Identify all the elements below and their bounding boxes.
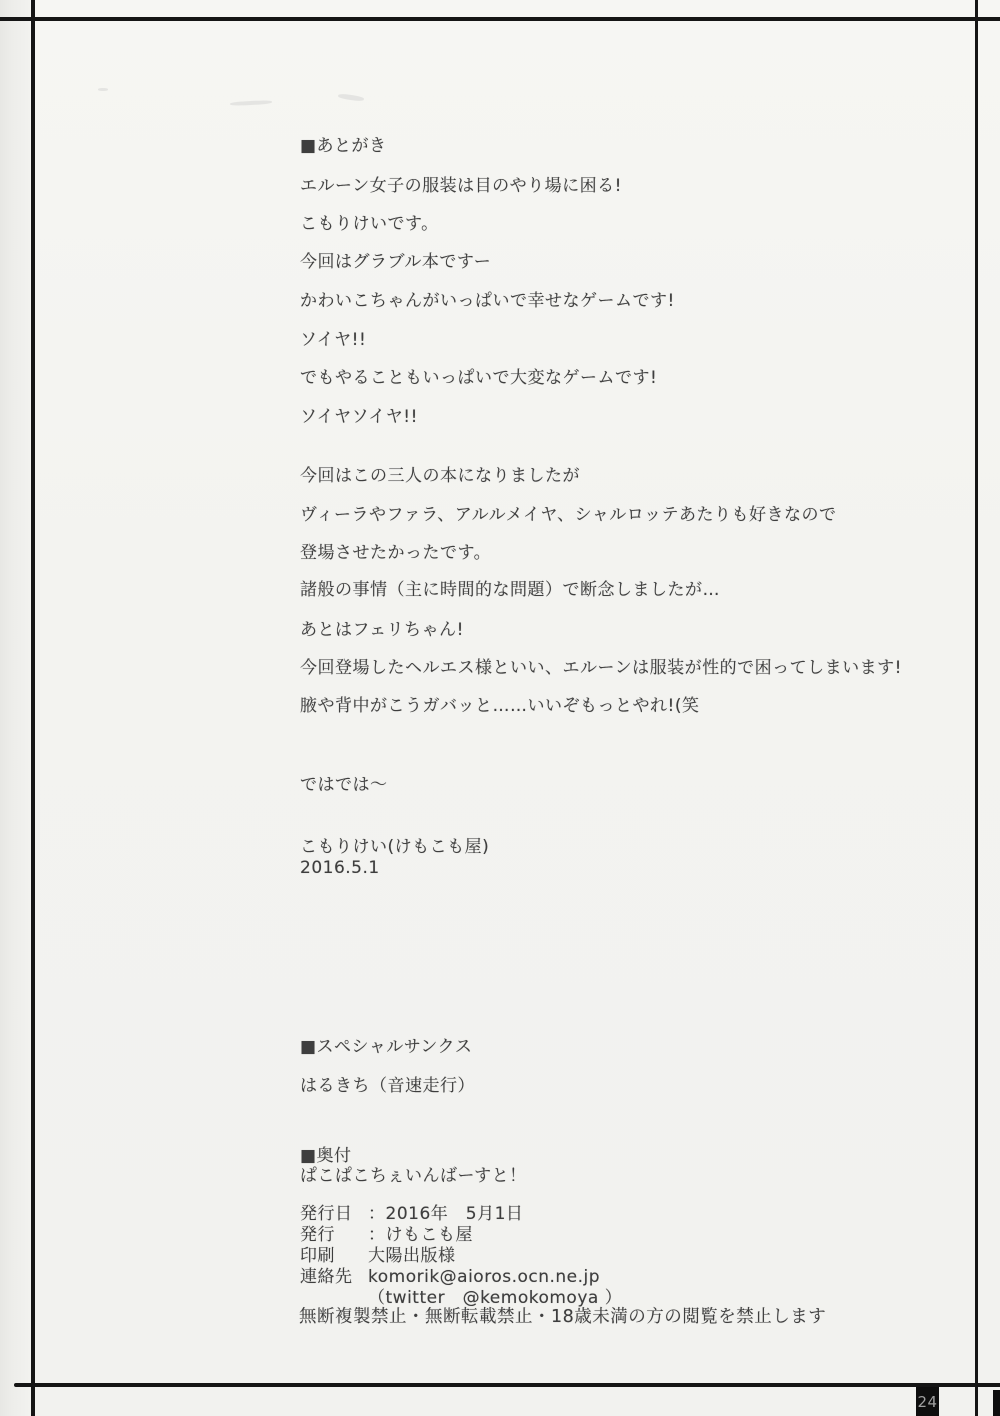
afterword-line: ではでは～ [300, 775, 388, 795]
paper-edge-shadow [0, 0, 30, 1416]
afterword-line: ヴィーラやファラ、アルルメイヤ、シャルロッテあたりも好きなので [300, 505, 836, 525]
colophon-row: 発行 ：けもこも屋 [300, 1225, 473, 1245]
afterword-line: ソイヤ!! [300, 330, 366, 350]
frame-line-bottom [14, 1383, 1000, 1387]
scan-smudge [230, 100, 272, 106]
afterword-line: 腋や背中がこうガバッと……いいぞもっとやれ!(笑 [300, 696, 699, 716]
frame-line-left [31, 0, 35, 1416]
colophon-row-label: 発行日 [300, 1204, 368, 1224]
colophon-row-value: komorik@aioros.ocn.ne.jp [368, 1267, 600, 1287]
scanned-doujinshi-page: ■あとがき エルーン女子の服装は目のやり場に困る! こもりけいです。 今回はグラ… [0, 0, 1000, 1416]
page-number-tab: 24 [916, 1387, 939, 1416]
afterword-signature: こもりけい(けもこも屋) [300, 837, 489, 857]
frame-line-right [975, 0, 978, 1416]
special-thanks-heading: ■スペシャルサンクス [300, 1037, 472, 1057]
colophon-row-value: 大陽出版様 [368, 1246, 456, 1266]
afterword-line: こもりけいです。 [300, 214, 439, 234]
colophon-row-label: 連絡先 [300, 1267, 368, 1287]
page-number: 24 [917, 1393, 937, 1411]
afterword-line: あとはフェリちゃん! [300, 620, 464, 640]
colophon-notice: 無断複製禁止・無断転載禁止・18歳未満の方の閲覧を禁止します [299, 1307, 826, 1327]
scan-corner-mark [993, 1390, 1000, 1416]
afterword-line: 諸般の事情（主に時間的な問題）で断念しましたが… [300, 580, 720, 600]
colophon-row-value: ：2016年 5月1日 [368, 1204, 523, 1224]
colophon-row-label: 印刷 [300, 1246, 368, 1266]
special-thanks-name: はるきち（音速走行） [300, 1076, 475, 1096]
colophon-title: ぱこぱこちぇいんばーすと！ [300, 1166, 527, 1186]
colophon-row-value: ：けもこも屋 [368, 1225, 473, 1245]
scan-smudge [98, 88, 108, 91]
frame-line-top [0, 17, 1000, 21]
colophon-row: 連絡先 komorik@aioros.ocn.ne.jp [300, 1267, 600, 1287]
afterword-line: 今回はこの三人の本になりましたが [300, 466, 580, 486]
afterword-line: でもやることもいっぱいで大変なゲームです! [300, 368, 657, 388]
afterword-line: 今回登場したヘルエス様といい、エルーンは服装が性的で困ってしまいます! [300, 658, 902, 678]
afterword-date: 2016.5.1 [300, 858, 380, 878]
afterword-line: ソイヤソイヤ!! [300, 407, 418, 427]
scan-smudge [338, 93, 364, 102]
afterword-line: かわいこちゃんがいっぱいで幸せなゲームです! [300, 291, 675, 311]
colophon-row: 印刷 大陽出版様 [300, 1246, 456, 1266]
colophon-row: （twitter @kemokomoya ） [300, 1288, 622, 1308]
afterword-line: エルーン女子の服装は目のやり場に困る! [300, 176, 622, 196]
afterword-line: 登場させたかったです。 [300, 543, 491, 563]
colophon-row-label [300, 1288, 368, 1308]
colophon-row: 発行日 ：2016年 5月1日 [300, 1204, 523, 1224]
colophon-heading: ■奥付 [300, 1146, 352, 1166]
afterword-heading: ■あとがき [300, 136, 387, 156]
colophon-row-value: （twitter @kemokomoya ） [368, 1288, 622, 1308]
colophon-row-label: 発行 [300, 1225, 368, 1245]
afterword-line: 今回はグラブル本ですー [300, 252, 491, 272]
